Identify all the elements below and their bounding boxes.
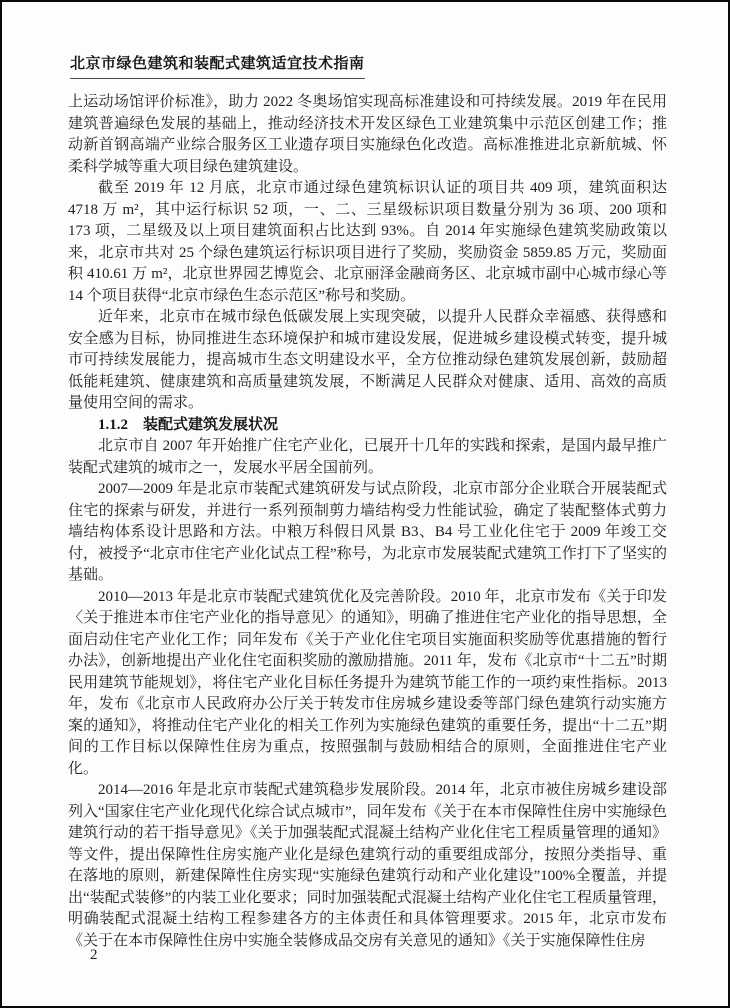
paragraph-green-building-label-stats: 截至 2019 年 12 月底，北京市通过绿色建筑标识认证的项目共 409 项，… bbox=[68, 178, 667, 307]
paragraph-housing-industrialization-intro: 北京市自 2007 年开始推广住宅产业化，已展开十几年的实践和探索，是国内最早推… bbox=[68, 436, 667, 479]
paragraph-stage-2014-2016: 2014—2016 年是北京市装配式建筑稳步发展阶段。2014 年，北京市被住房… bbox=[68, 780, 667, 952]
page-number: 2 bbox=[90, 947, 98, 964]
paragraph-continuation-winter-olympics: 上运动场馆评价标准》，助力 2022 冬奥场馆实现高标准建设和可持续发展。201… bbox=[68, 92, 667, 178]
paragraph-low-carbon-development: 近年来，北京市在城市绿色低碳发展上实现突破，以提升人民群众幸福感、获得感和安全感… bbox=[68, 307, 667, 415]
running-header: 北京市绿色建筑和装配式建筑适宜技术指南 bbox=[70, 52, 665, 79]
running-header-title: 北京市绿色建筑和装配式建筑适宜技术指南 bbox=[70, 52, 365, 79]
paragraph-stage-2010-2013: 2010—2013 年是北京市装配式建筑优化及完善阶段。2010 年，北京市发布… bbox=[68, 587, 667, 781]
section-heading-1-1-2: 1.1.2 装配式建筑发展状况 bbox=[68, 415, 667, 437]
document-body: 上运动场馆评价标准》，助力 2022 冬奥场馆实现高标准建设和可持续发展。201… bbox=[68, 92, 667, 952]
document-page: 北京市绿色建筑和装配式建筑适宜技术指南 上运动场馆评价标准》，助力 2022 冬… bbox=[0, 0, 730, 1008]
paragraph-stage-2007-2009: 2007—2009 年是北京市装配式建筑研发与试点阶段，北京市部分企业联合开展装… bbox=[68, 479, 667, 587]
